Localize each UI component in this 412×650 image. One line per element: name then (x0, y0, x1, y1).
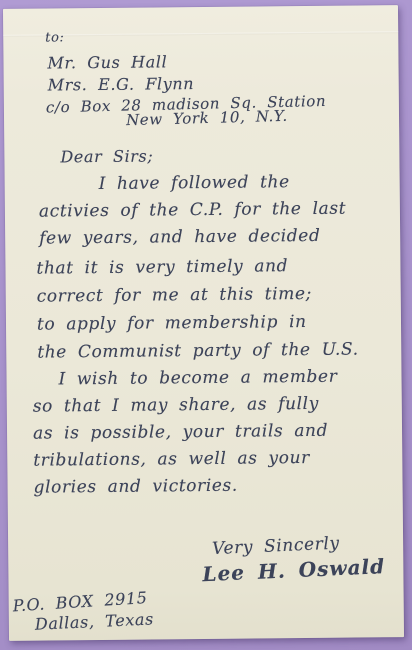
letter-paper: to: Mr. Gus Hall Mrs. E.G. Flynn c/o Box… (3, 5, 404, 641)
body-line: to apply for membership in (37, 312, 307, 335)
body-line: so that I may share, as fully (33, 394, 319, 417)
sender-line: Dallas, Texas (34, 609, 154, 633)
recipient-line: Mr. Gus Hall (47, 52, 167, 72)
body-line: few years, and have decided (39, 226, 320, 249)
salutation: Dear Sirs; (60, 146, 153, 166)
photo-background: to: Mr. Gus Hall Mrs. E.G. Flynn c/o Box… (0, 0, 412, 650)
signature: Lee H. Oswald (202, 554, 386, 586)
body-line: glories and victories. (33, 476, 237, 498)
recipient-line: Mrs. E.G. Flynn (48, 74, 195, 94)
body-line: I wish to become a member (58, 367, 337, 390)
body-line: that it is very timely and (36, 256, 288, 278)
body-line: as is possible, your trails and (33, 421, 328, 444)
body-line: I have followed the (99, 172, 290, 194)
body-line: tribulations, as well as your (33, 448, 310, 471)
body-line: correct for me at this time; (37, 284, 312, 307)
valediction: Very Sincerly (212, 533, 340, 559)
to-label: to: (45, 30, 64, 45)
body-line: the Communist party of the U.S. (37, 340, 359, 363)
recipient-line: New York 10, N.Y. (126, 107, 288, 129)
body-line: activies of the C.P. for the last (39, 199, 346, 222)
